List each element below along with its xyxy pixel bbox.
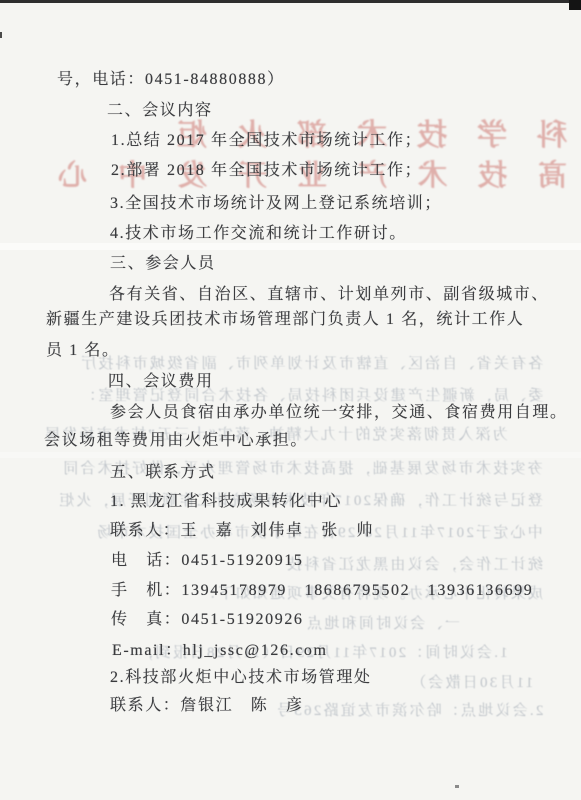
doc-line-contact: 联系人：王 嘉 刘伟卓 张 帅	[110, 517, 374, 540]
doc-line-mobile: 手 机：13945178979 18686795502 13936136699	[111, 577, 533, 600]
doc-line: 4.技术市场工作交流和统计工作研讨。	[110, 220, 407, 243]
scan-streak	[0, 243, 581, 250]
doc-line-section-heading: 三、参会人员	[110, 250, 216, 273]
doc-line: 2.科技部火炬中心技术市场管理处	[110, 664, 372, 687]
doc-line-fax: 传 真：0451-51920926	[111, 606, 304, 629]
bleedthrough-gray-line: 一、会议时间和地点	[305, 612, 460, 633]
bleedthrough-gray-line: 2.会议地点：哈尔滨市友谊路263号	[275, 699, 543, 720]
doc-line: 1.总结 2017 年全国技术市场统计工作；	[111, 127, 422, 150]
scan-streak	[0, 452, 581, 458]
bleedthrough-gray-line: 统计工作会，会议由黑龙江省科技	[285, 553, 543, 574]
doc-line: 各有关省、自治区、直辖市、计划单列市、副省级城市、	[109, 281, 549, 304]
doc-line: 参会人员食宿由承办单位统一安排，交通、食宿费用自理。	[110, 399, 568, 422]
doc-line-section-heading: 二、会议内容	[107, 97, 213, 120]
doc-line-section-heading: 五、联系方式	[110, 459, 216, 482]
doc-line-section-heading: 四、会议费用	[108, 368, 214, 391]
scan-corner-mark	[569, 0, 581, 10]
doc-line: 2.部署 2018 年全国技术市场统计工作；	[111, 157, 422, 180]
doc-line-phone: 电 话：0451-51920915	[111, 547, 304, 570]
doc-line: 新疆生产建设兵团技术市场管理部门负责人 1 名，统计工作人	[46, 306, 524, 329]
doc-line: 1. 黑龙江省科技成果转化中心	[110, 488, 342, 511]
doc-line: 3.全国技术市场统计及网上登记系统培训；	[110, 190, 442, 213]
doc-line: 员 1 名。	[46, 337, 120, 360]
scanned-document-page: 科学技术部火炬 高技术产业开发中心 各有关省、自治区、直辖市及计划单列市、副省级…	[0, 0, 581, 800]
scan-speck	[0, 32, 2, 38]
doc-line: 号，电话：0451-84880888）	[57, 66, 285, 89]
bleedthrough-gray-line: 11月30日散会）	[409, 671, 533, 692]
doc-line-contact: 联系人：詹银江 陈 彦	[110, 692, 304, 715]
doc-line-email: E-mail：hlj_jssc@126.com	[112, 637, 328, 660]
doc-line: 会议场租等费用由火炬中心承担。	[44, 427, 308, 450]
scan-speck	[455, 785, 459, 788]
scan-edge-top	[0, 0, 581, 3]
